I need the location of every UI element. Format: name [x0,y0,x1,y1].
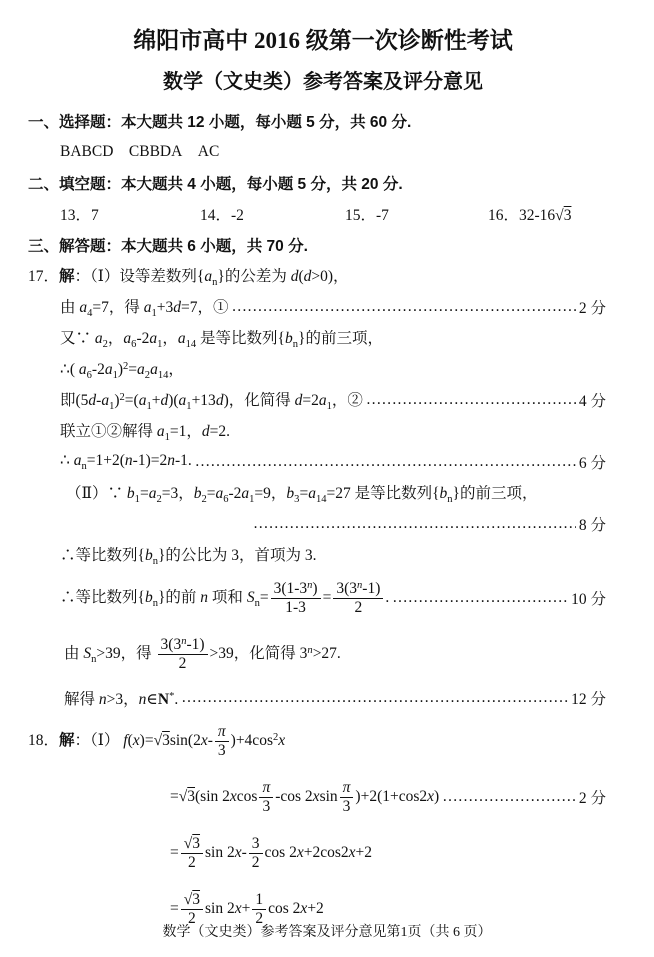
line-text: 由 a4=7，得 a1+3d=7，① [60,295,229,319]
line-text: （Ⅱ）∵ b1=a2=3，b2=a6-2a1=9，b3=a14=27 是等比数列… [66,481,538,505]
doc-line: ∴等比数列{bn}的公比为 3，首项为 3. [60,542,606,567]
line-text: =√3(sin 2xcosπ3-cos 2xsinπ3)+2(1+cos2x) [170,779,439,816]
document-page: 绵阳市高中 2016 级第一次诊断性考试 数学（文史类）参考答案及评分意见 一、… [0,0,654,957]
page-footer: 数学（文史类）参考答案及评分意见第1页（共 6 页） [0,921,654,941]
line-text: 18．解：（Ⅰ） f(x)=√3sin(2x-π3)+4cos2x [28,723,285,760]
doc-line: 由 Sn>39，得 3(3n-1)2>39，化简得 3n>27. [64,629,606,679]
doc-line: 18．解：（Ⅰ） f(x)=√3sin(2x-π3)+4cos2x [28,716,606,766]
line-text: ∴( a6-2a1)2=a2a14， [60,357,184,381]
doc-line: =√32sin 2x-32cos 2x+2cos2x+2 [170,828,606,878]
line-text: BABCD CBBDA AC [60,143,219,161]
dot-leader: …………………………………………………………………………………………………………… [232,298,576,316]
dot-leader: …………………………………………………………………………………………………………… [442,788,576,806]
dot-leader: …………………………………………………………………………………………………………… [253,515,576,533]
line-text: ∴ an=1+2(n-1)=2n-1. [60,451,192,472]
doc-line: 13．714．-215．-716．32-16√3 [60,201,606,226]
doc-line: …………………………………………………………………………………………………………… [250,511,606,536]
dot-leader: …………………………………………………………………………………………………………… [195,453,576,471]
answer-item: 14．-2 [200,203,345,225]
answer-item: 13．7 [60,203,200,225]
answer-item: 16．32-16√3 [488,203,571,225]
doc-line: BABCD CBBDA AC [60,139,606,164]
line-text: =√32sin 2x-32cos 2x+2cos2x+2 [170,835,372,872]
doc-line: 二、填空题：本大题共 4 小题，每小题 5 分，共 20 分. [28,170,606,195]
line-text: 二、填空题：本大题共 4 小题，每小题 5 分，共 20 分. [28,172,403,194]
line-text: 一、选择题：本大题共 12 小题，每小题 5 分，共 60 分. [28,110,411,132]
score-label: 12 分 [571,687,606,709]
doc-title: 绵阳市高中 2016 级第一次诊断性考试 [40,22,606,55]
dot-leader: …………………………………………………………………………………………………………… [392,589,568,607]
dot-leader: …………………………………………………………………………………………………………… [366,391,576,409]
line-text: 三、解答题：本大题共 6 小题，共 70 分. [28,234,308,256]
line-text: 由 Sn>39，得 3(3n-1)2>39，化简得 3n>27. [64,636,341,673]
line-text: 即(5d-a1)2=(a1+d)(a1+13d)，化简得 d=2a1，② [60,388,363,412]
doc-line: =√3(sin 2xcosπ3-cos 2xsinπ3)+2(1+cos2x)…… [170,772,606,822]
doc-line: 又∵ a2，a6-2a1，a14 是等比数列{bn}的前三项， [60,325,606,350]
doc-line: 由 a4=7，得 a1+3d=7，①…………………………………………………………… [60,294,606,319]
line-text: 联立①②解得 a1=1，d=2. [60,419,230,443]
answer-item: 15．-7 [345,203,488,225]
doc-line: 即(5d-a1)2=(a1+d)(a1+13d)，化简得 d=2a1，②…………… [60,387,606,412]
doc-line: 三、解答题：本大题共 6 小题，共 70 分. [28,232,606,257]
doc-line: ∴等比数列{bn}的前 n 项和 Sn=3(1-3n)1-3=3(3n-1)2.… [60,573,606,623]
document-body: 一、选择题：本大题共 12 小题，每小题 5 分，共 60 分.BABCD CB… [0,108,606,934]
score-label: 4 分 [579,389,606,411]
line-text: ∴等比数列{bn}的前 n 项和 Sn=3(1-3n)1-3=3(3n-1)2. [60,580,389,617]
doc-line: 解得 n>3，n∈N*.…………………………………………………………………………… [64,685,606,710]
line-text: ∴等比数列{bn}的公比为 3，首项为 3. [60,543,317,567]
doc-line: （Ⅱ）∵ b1=a2=3，b2=a6-2a1=9，b3=a14=27 是等比数列… [66,480,606,505]
score-label: 2 分 [579,296,606,318]
dot-leader: …………………………………………………………………………………………………………… [181,689,568,707]
doc-line: ∴( a6-2a1)2=a2a14， [60,356,606,381]
doc-line: ∴ an=1+2(n-1)=2n-1.………………………………………………………… [60,449,606,474]
line-text: 解得 n>3，n∈N*. [64,687,178,709]
line-text: 17．解：（Ⅰ）设等差数列{an}的公差为 d(d>0)， [28,264,349,288]
line-text: 又∵ a2，a6-2a1，a14 是等比数列{bn}的前三项， [60,326,383,350]
doc-line: 17．解：（Ⅰ）设等差数列{an}的公差为 d(d>0)， [28,263,606,288]
score-label: 8 分 [579,513,606,535]
score-label: 10 分 [571,587,606,609]
score-label: 2 分 [579,786,606,808]
doc-line: 一、选择题：本大题共 12 小题，每小题 5 分，共 60 分. [28,108,606,133]
doc-subtitle: 数学（文史类）参考答案及评分意见 [40,65,606,94]
score-label: 6 分 [579,451,606,473]
doc-line: 联立①②解得 a1=1，d=2. [60,418,606,443]
